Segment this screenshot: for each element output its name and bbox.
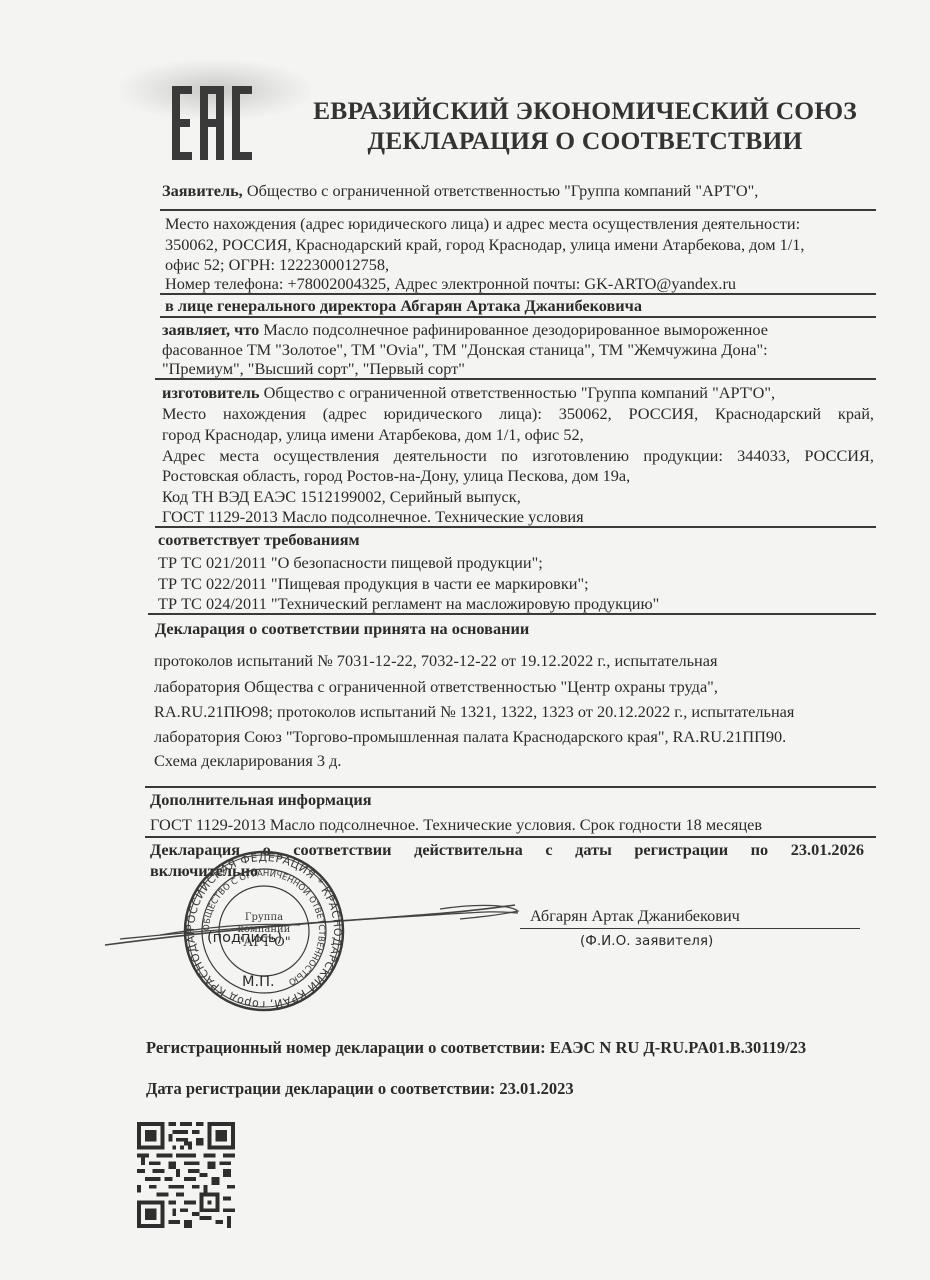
basis-line-2: лаборатория Общества с ограниченной отве… <box>154 677 718 697</box>
title-declaration: ДЕКЛАРАЦИЯ О СООТВЕТСТВИИ <box>300 126 870 156</box>
manufacturer-name: Общество с ограниченной ответственностью… <box>260 383 776 402</box>
stamp-center-line-1: Группа <box>245 912 283 923</box>
declares-line-3: "Премиум", "Высший сорт", "Первый сорт" <box>162 359 465 379</box>
requirement-item: ТР ТС 022/2011 "Пищевая продукция в част… <box>158 574 589 594</box>
qr-code-icon[interactable] <box>137 1122 235 1228</box>
requirement-item: ТР ТС 024/2011 "Технический регламент на… <box>158 594 659 614</box>
basis-line-4: лаборатория Союз "Торгово-промышленная п… <box>154 727 786 747</box>
product-name: Масло подсолнечное рафинированное дезодо… <box>259 320 768 339</box>
signer-caption: (Ф.И.О. заявителя) <box>580 933 713 949</box>
seal-label: М.П. <box>242 974 275 990</box>
manufacturer-line-5: Ростовская область, город Ростов-на-Дону… <box>162 466 630 486</box>
divider <box>155 526 876 528</box>
manufacturer-line-2: Место нахождения (адрес юридического лиц… <box>162 404 874 424</box>
signer-name: Абгарян Артак Джанибекович <box>530 906 740 926</box>
applicant-label: Заявитель, <box>162 181 243 200</box>
divider <box>160 316 876 318</box>
additional-text: ГОСТ 1129-2013 Масло подсолнечное. Техни… <box>150 815 762 835</box>
applicant-address-line-1: Место нахождения (адрес юридического лиц… <box>165 214 800 234</box>
applicant-address-line-2: 350062, РОССИЯ, Краснодарский край, горо… <box>165 235 805 255</box>
basis-line-3: RA.RU.21ПЮ98; протоколов испытаний № 132… <box>154 702 794 722</box>
applicant-line: Заявитель, Общество с ограниченной ответ… <box>162 181 758 201</box>
signature-underline <box>520 928 860 929</box>
manufacturer-label: изготовитель <box>162 383 260 402</box>
requirement-item: ТР ТС 021/2011 "О безопасности пищевой п… <box>158 553 543 573</box>
divider <box>145 836 876 838</box>
registration-number: Регистрационный номер декларации о соотв… <box>146 1038 806 1058</box>
declares-line-2: фасованное ТМ "Золотое", ТМ "Ovia", ТМ "… <box>162 340 768 360</box>
basis-line-1: протоколов испытаний № 7031-12-22, 7032-… <box>154 651 717 671</box>
manufacturer-standard: ГОСТ 1129-2013 Масло подсолнечное. Техни… <box>162 507 584 527</box>
manufacturer-hs-code: Код ТН ВЭД ЕАЭС 1512199002, Серийный вып… <box>162 487 521 507</box>
divider <box>160 209 876 211</box>
applicant-contact: Номер телефона: +78002004325, Адрес элек… <box>165 274 736 294</box>
basis-label: Декларация о соответствии принята на осн… <box>155 619 529 639</box>
additional-label: Дополнительная информация <box>150 790 372 810</box>
divider <box>145 786 876 788</box>
manufacturer-line-3: город Краснодар, улица имени Атарбекова,… <box>162 425 584 445</box>
signature-label: (подпись) <box>207 930 282 946</box>
declares-line-1: заявляет, что Масло подсолнечное рафинир… <box>162 320 768 340</box>
divider <box>155 378 876 380</box>
divider <box>148 613 876 615</box>
divider <box>160 293 876 295</box>
requirements-label: соответствует требованиям <box>158 530 360 550</box>
applicant-address-line-3: офис 52; ОГРН: 1222300012758, <box>165 255 389 275</box>
manufacturer-line-1: изготовитель Общество с ограниченной отв… <box>162 383 775 403</box>
basis-line-5: Схема декларирования 3 д. <box>154 751 341 771</box>
represented-by: в лице генерального директора Абгарян Ар… <box>165 296 642 316</box>
title-union: ЕВРАЗИЙСКИЙ ЭКОНОМИЧЕСКИЙ СОЮЗ <box>300 96 870 126</box>
declaration-page: ЕВРАЗИЙСКИЙ ЭКОНОМИЧЕСКИЙ СОЮЗ ДЕКЛАРАЦИ… <box>0 0 930 1280</box>
declares-label: заявляет, что <box>162 320 259 339</box>
manufacturer-line-4: Адрес места осуществления деятельности п… <box>162 446 874 466</box>
applicant-name: Общество с ограниченной ответственностью… <box>243 181 759 200</box>
registration-date: Дата регистрации декларации о соответств… <box>146 1079 574 1099</box>
eac-logo-icon <box>172 86 252 160</box>
